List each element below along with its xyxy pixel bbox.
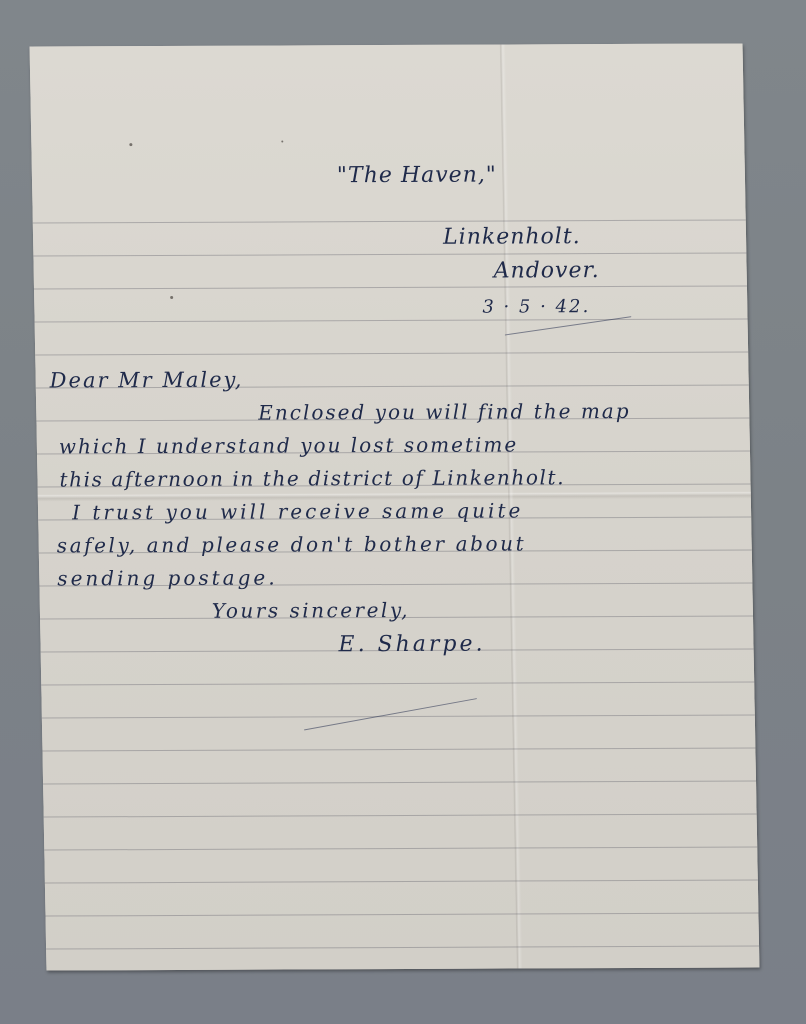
ruled-line [34, 285, 747, 289]
paper-speck [281, 140, 283, 142]
paper-speck [129, 143, 132, 146]
letter-paper: "The Haven," Linkenholt. Andover. 3 · 5 … [30, 43, 760, 970]
ruled-line [35, 318, 748, 322]
pen-flourish-stroke [304, 698, 477, 730]
body-line-5: safely, and please don't bother about [56, 531, 526, 557]
ruled-line [33, 252, 746, 256]
body-line-1: Enclosed you will find the map [258, 399, 631, 425]
body-line-6: sending postage. [57, 566, 278, 591]
ruled-line [44, 813, 757, 817]
ruled-line [33, 219, 746, 223]
address-line-village: Linkenholt. [443, 224, 581, 250]
body-line-4: I trust you will receive same quite [72, 498, 524, 524]
ruled-line [44, 846, 757, 850]
paper-speck [170, 296, 173, 299]
letter-date: 3 · 5 · 42. [482, 296, 590, 317]
address-line-town: Andover. [493, 258, 599, 283]
ruled-line [42, 747, 755, 751]
signature: E. Sharpe. [338, 632, 485, 658]
closing: Yours sincerely, [212, 598, 410, 623]
address-line-house: "The Haven," [337, 163, 497, 189]
ruled-line [41, 681, 754, 685]
ruled-line [35, 351, 748, 355]
ruled-line [46, 945, 759, 949]
ruled-line [42, 714, 755, 718]
ruled-line [45, 879, 758, 883]
ruled-line [45, 912, 758, 916]
ruled-line [43, 780, 756, 784]
body-line-2: which I understand you lost sometime [59, 432, 519, 458]
salutation: Dear Mr Maley, [49, 368, 243, 393]
body-line-3: this afternoon in the district of Linken… [59, 465, 565, 491]
